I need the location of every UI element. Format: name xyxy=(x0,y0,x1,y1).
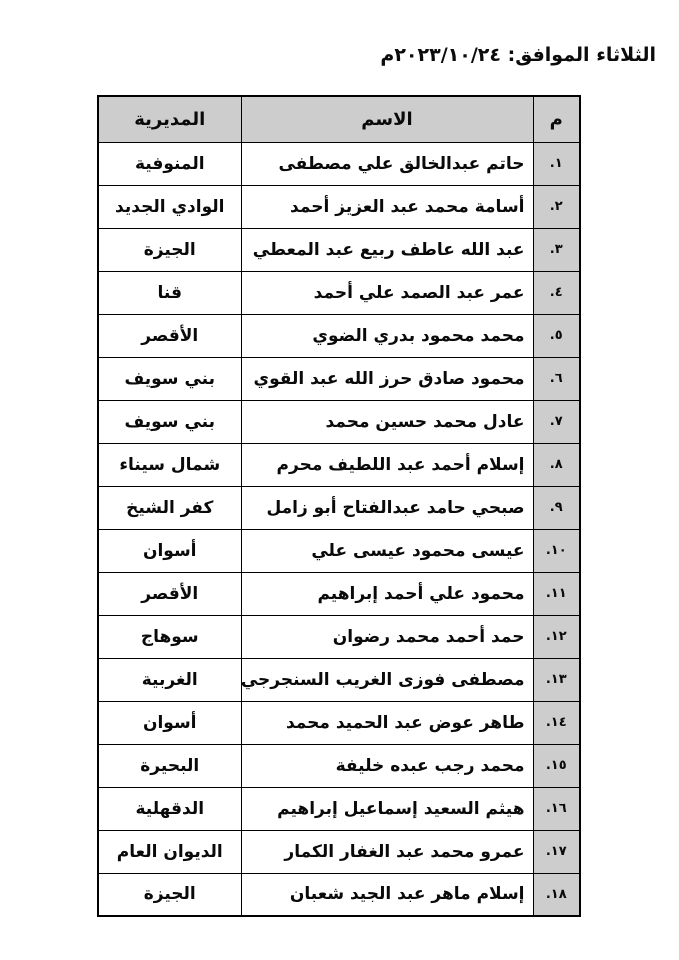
row-number-cell: ١٨. xyxy=(533,873,580,916)
table-row: ١٠. عيسى محمود عيسى علي أسوان xyxy=(98,529,580,572)
table-row: ١٤. طاهر عوض عبد الحميد محمد أسوان xyxy=(98,701,580,744)
directorate-cell: الغربية xyxy=(98,658,241,701)
row-number-cell: ١٦. xyxy=(533,787,580,830)
name-cell: محمود علي أحمد إبراهيم xyxy=(241,572,533,615)
table-row: ١٦. هيثم السعيد إسماعيل إبراهيم الدقهلية xyxy=(98,787,580,830)
row-number-cell: ٨. xyxy=(533,443,580,486)
directorate-cell: أسوان xyxy=(98,701,241,744)
name-cell: صبحي حامد عبدالفتاح أبو زامل xyxy=(241,486,533,529)
table-row: ٧. عادل محمد حسين محمد بني سويف xyxy=(98,400,580,443)
directorate-cell: كفر الشيخ xyxy=(98,486,241,529)
name-cell: محمد محمود بدري الضوي xyxy=(241,314,533,357)
directorate-cell: الوادي الجديد xyxy=(98,185,241,228)
name-cell: عبد الله عاطف ربيع عبد المعطي xyxy=(241,228,533,271)
directorate-cell: الديوان العام xyxy=(98,830,241,873)
row-number-cell: ١. xyxy=(533,142,580,185)
directorate-cell: الجيزة xyxy=(98,873,241,916)
name-cell: حاتم عبدالخالق علي مصطفى xyxy=(241,142,533,185)
directorate-cell: الأقصر xyxy=(98,572,241,615)
row-number-cell: ١٠. xyxy=(533,529,580,572)
header-name: الاسم xyxy=(241,96,533,142)
table-row: ٢. أسامة محمد عبد العزيز أحمد الوادي الج… xyxy=(98,185,580,228)
row-number-cell: ٥. xyxy=(533,314,580,357)
header-directorate: المديرية xyxy=(98,96,241,142)
table-row: ٤. عمر عبد الصمد علي أحمد قنا xyxy=(98,271,580,314)
table-row: ٨. إسلام أحمد عبد اللطيف محرم شمال سيناء xyxy=(98,443,580,486)
table-row: ٩. صبحي حامد عبدالفتاح أبو زامل كفر الشي… xyxy=(98,486,580,529)
row-number-cell: ١٢. xyxy=(533,615,580,658)
table-row: ١٧. عمرو محمد عبد الغفار الكمار الديوان … xyxy=(98,830,580,873)
row-number-cell: ٩. xyxy=(533,486,580,529)
table-row: ٣. عبد الله عاطف ربيع عبد المعطي الجيزة xyxy=(98,228,580,271)
row-number-cell: ١٣. xyxy=(533,658,580,701)
directorate-cell: بني سويف xyxy=(98,400,241,443)
name-cell: إسلام ماهر عبد الجيد شعبان xyxy=(241,873,533,916)
table-row: ١٥. محمد رجب عبده خليفة البحيرة xyxy=(98,744,580,787)
name-cell: طاهر عوض عبد الحميد محمد xyxy=(241,701,533,744)
name-cell: إسلام أحمد عبد اللطيف محرم xyxy=(241,443,533,486)
directorate-cell: المنوفية xyxy=(98,142,241,185)
header-number: م xyxy=(533,96,580,142)
name-cell: عيسى محمود عيسى علي xyxy=(241,529,533,572)
row-number-cell: ١٤. xyxy=(533,701,580,744)
directorate-cell: الأقصر xyxy=(98,314,241,357)
name-cell: عمر عبد الصمد علي أحمد xyxy=(241,271,533,314)
directorate-cell: قنا xyxy=(98,271,241,314)
table-row: ١٣. مصطفى فوزى الغريب السنجرجي الغربية xyxy=(98,658,580,701)
date-line: الثلاثاء الموافق: ٢٠٢٣/١٠/٢٤م xyxy=(380,44,656,66)
table-row: ١٨. إسلام ماهر عبد الجيد شعبان الجيزة xyxy=(98,873,580,916)
directorate-cell: الجيزة xyxy=(98,228,241,271)
name-cell: محمود صادق حرز الله عبد القوي xyxy=(241,357,533,400)
row-number-cell: ٧. xyxy=(533,400,580,443)
name-cell: أسامة محمد عبد العزيز أحمد xyxy=(241,185,533,228)
table-row: ١١. محمود علي أحمد إبراهيم الأقصر xyxy=(98,572,580,615)
directorate-cell: سوهاج xyxy=(98,615,241,658)
directorate-cell: الدقهلية xyxy=(98,787,241,830)
row-number-cell: ١٥. xyxy=(533,744,580,787)
directorate-cell: شمال سيناء xyxy=(98,443,241,486)
roster-table: م الاسم المديرية ١. حاتم عبدالخالق علي م… xyxy=(97,95,581,917)
table-row: ٦. محمود صادق حرز الله عبد القوي بني سوي… xyxy=(98,357,580,400)
name-cell: هيثم السعيد إسماعيل إبراهيم xyxy=(241,787,533,830)
name-cell: عمرو محمد عبد الغفار الكمار xyxy=(241,830,533,873)
row-number-cell: ١٧. xyxy=(533,830,580,873)
directorate-cell: البحيرة xyxy=(98,744,241,787)
name-cell: مصطفى فوزى الغريب السنجرجي xyxy=(241,658,533,701)
table-row: ٥. محمد محمود بدري الضوي الأقصر xyxy=(98,314,580,357)
document-page: الثلاثاء الموافق: ٢٠٢٣/١٠/٢٤م م الاسم ال… xyxy=(0,0,679,960)
row-number-cell: ٤. xyxy=(533,271,580,314)
directorate-cell: بني سويف xyxy=(98,357,241,400)
table-row: ١٢. حمد أحمد محمد رضوان سوهاج xyxy=(98,615,580,658)
name-cell: محمد رجب عبده خليفة xyxy=(241,744,533,787)
row-number-cell: ٦. xyxy=(533,357,580,400)
table-row: ١. حاتم عبدالخالق علي مصطفى المنوفية xyxy=(98,142,580,185)
row-number-cell: ١١. xyxy=(533,572,580,615)
row-number-cell: ٣. xyxy=(533,228,580,271)
row-number-cell: ٢. xyxy=(533,185,580,228)
directorate-cell: أسوان xyxy=(98,529,241,572)
table-header-row: م الاسم المديرية xyxy=(98,96,580,142)
name-cell: عادل محمد حسين محمد xyxy=(241,400,533,443)
name-cell: حمد أحمد محمد رضوان xyxy=(241,615,533,658)
